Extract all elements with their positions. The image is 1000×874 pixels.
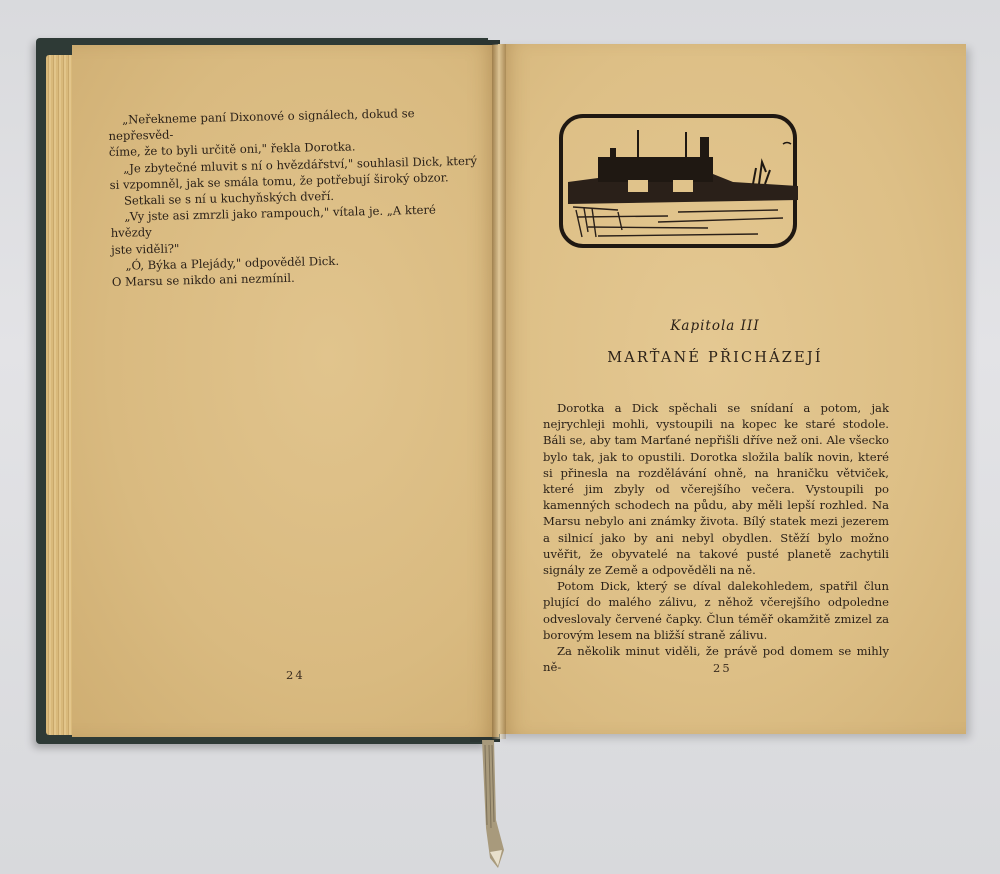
paragraph: Dorotka a Dick spěchali se snídaní a pot… [543,400,889,578]
right-page-text: Dorotka a Dick spěchali se snídaní a pot… [543,400,889,675]
page-number-right: 25 [713,661,732,675]
left-page-text: „Neřekneme paní Dixonové o signálech, do… [108,104,480,291]
page-number-left: 24 [286,668,305,682]
farmhouse-illustration [558,112,798,250]
book-gutter [492,44,506,739]
paragraph: Potom Dick, který se díval dalekohledem,… [543,578,889,643]
chapter-label: Kapitola III [560,318,870,334]
chapter-title: MARŤANÉ PŘICHÁZEJÍ [560,350,870,366]
bookmark-ribbon[interactable] [478,740,504,870]
